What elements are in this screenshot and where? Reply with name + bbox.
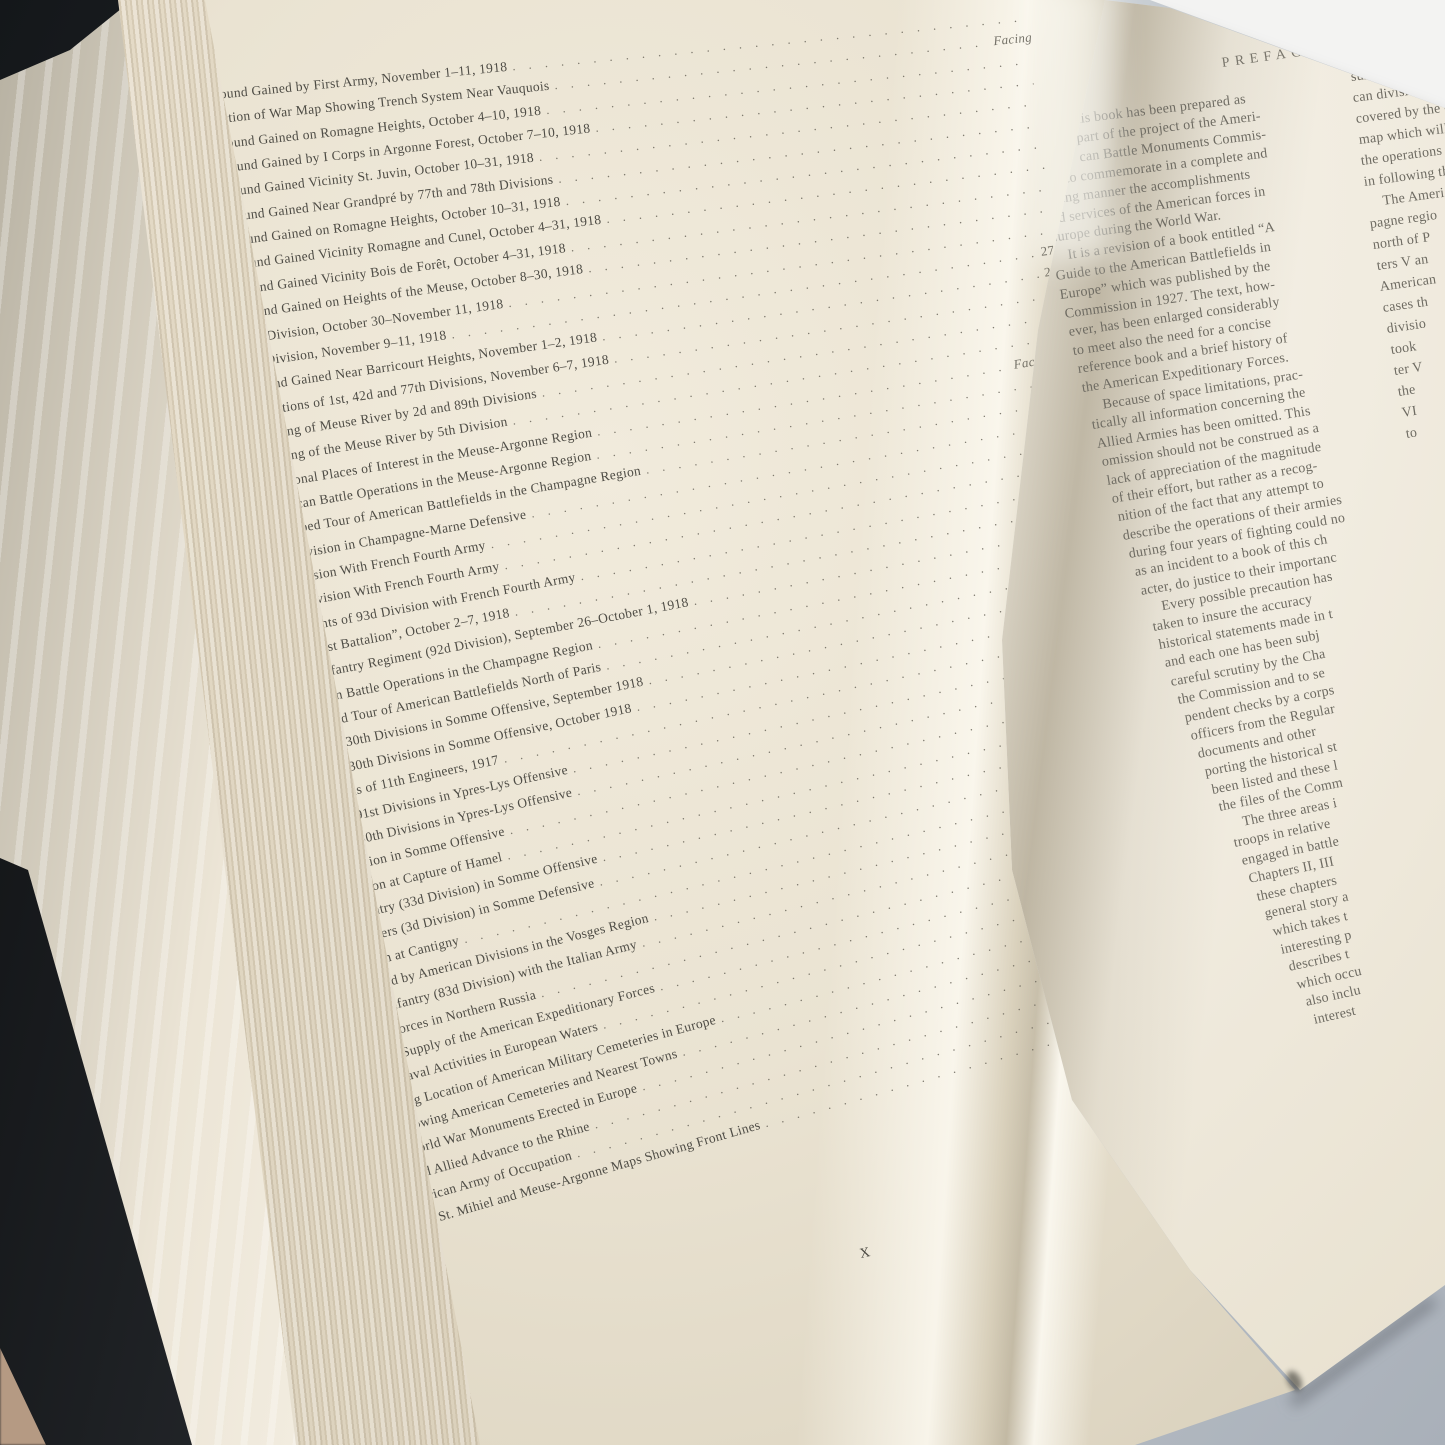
preface-line: ters V an: [1376, 252, 1430, 275]
preface-line: VI: [1401, 404, 1418, 422]
preface-line: took: [1389, 339, 1417, 359]
folio-page-number: X: [858, 1245, 871, 1263]
preface-line: pagne regio: [1369, 208, 1438, 233]
preface-line: divisio: [1386, 316, 1427, 337]
preface-line: the: [1397, 382, 1417, 400]
preface-line: to: [1405, 425, 1419, 443]
book-photo: PREFACE T his book has been prepared asp…: [0, 0, 1445, 1445]
preface-line: north of P: [1372, 230, 1432, 254]
preface-line: ter V: [1393, 360, 1424, 380]
preface-line: American: [1379, 272, 1437, 296]
preface-line: cases th: [1382, 295, 1429, 317]
toc-entry-page: Facing: [993, 30, 1033, 50]
